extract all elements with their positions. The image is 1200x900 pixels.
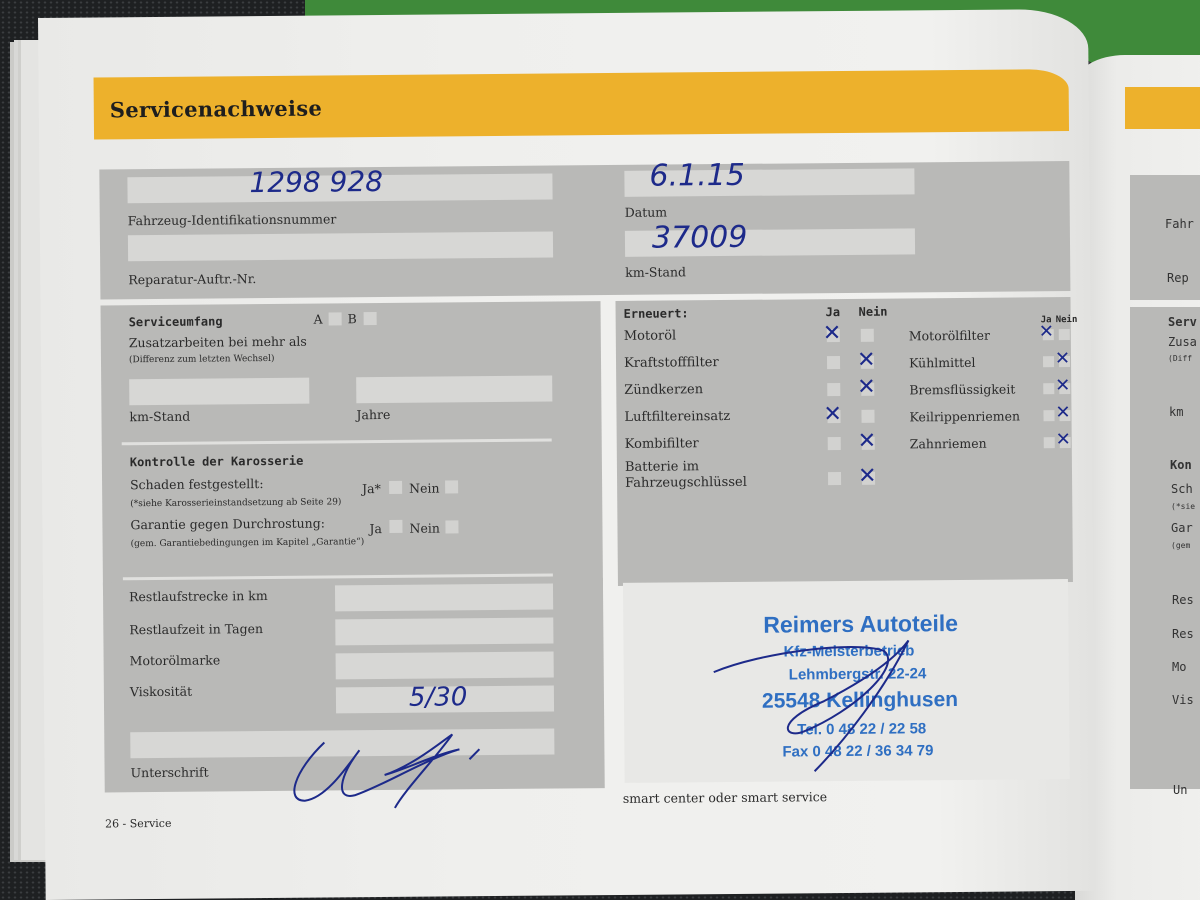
- renewed-item-label: Batterie im Fahrzeugschlüssel: [625, 458, 785, 491]
- check-mark-icon: ✕: [858, 431, 877, 453]
- date-label: Datum: [625, 205, 668, 220]
- service-scope-heading: Serviceumfang: [129, 314, 223, 329]
- rust-yes-checkbox[interactable]: [389, 520, 402, 533]
- option-b-checkbox[interactable]: [364, 312, 377, 325]
- right-page-label: Res: [1172, 627, 1194, 641]
- signature-scribble: [284, 729, 495, 811]
- service-record-page: Servicenachweise 1298 928 Fahrzeug-Ident…: [38, 9, 1096, 900]
- stamp-signature: [703, 620, 924, 782]
- check-mark-icon: ✕: [858, 466, 877, 488]
- right-col-no-header: Nein: [1056, 315, 1078, 325]
- renewed-ja-checkbox[interactable]: [827, 356, 840, 369]
- date-value: 6.1.15: [649, 158, 745, 194]
- body-check-heading: Kontrolle der Karosserie: [130, 454, 304, 470]
- rust-no-checkbox[interactable]: [445, 520, 458, 533]
- viscosity-value: 5/30: [409, 682, 468, 713]
- renewed-item-label: Motoröl: [624, 328, 677, 343]
- damage-yes-label: Ja*: [362, 481, 381, 496]
- stamp-caption: smart center oder smart service: [623, 789, 827, 806]
- renewed-item-label: Bremsflüssigkeit: [909, 381, 1015, 397]
- renewed-item-label: Motorölfilter: [909, 328, 990, 344]
- right-page-label: Res: [1172, 593, 1194, 607]
- check-mark-icon: ✕: [1055, 350, 1070, 368]
- renewed-ja-checkbox[interactable]: [1043, 383, 1054, 394]
- viscosity-label: Viskosität: [130, 684, 192, 700]
- damage-no-label: Nein: [409, 481, 440, 496]
- remaining-km-label: Restlaufstrecke in km: [129, 588, 268, 604]
- right-page-label: (*sie: [1171, 502, 1195, 511]
- renewed-item-label: Kombifilter: [625, 436, 699, 452]
- rust-warranty-note: (gem. Garantiebedingungen im Kapitel „Ga…: [131, 537, 365, 549]
- repair-order-field[interactable]: [128, 232, 553, 262]
- right-page-label: Rep: [1167, 271, 1189, 285]
- right-page-label: Zusa: [1168, 335, 1197, 349]
- right-page-label: Fahr: [1165, 217, 1194, 231]
- rust-no-label: Nein: [409, 521, 440, 536]
- check-mark-icon: ✕: [857, 377, 876, 399]
- option-a-checkbox[interactable]: [329, 312, 342, 325]
- oil-brand-label: Motorölmarke: [130, 652, 221, 668]
- right-page-label: Sch: [1171, 482, 1193, 496]
- rust-warranty-label: Garantie gegen Durchrostung:: [130, 516, 325, 533]
- km-value: 37009: [652, 220, 748, 256]
- scope-years-label: Jahre: [356, 407, 390, 422]
- damage-label: Schaden festgestellt:: [130, 476, 264, 492]
- col-yes-header: Ja: [826, 305, 841, 319]
- renewed-item-label: Kraftstofffilter: [624, 355, 719, 371]
- scope-km-field[interactable]: [129, 378, 309, 406]
- page-number: 26 - Service: [105, 817, 172, 831]
- right-page-label: Un: [1173, 783, 1187, 797]
- right-page-header-bar: [1125, 87, 1200, 129]
- right-page-label: km: [1169, 405, 1183, 419]
- rust-yes-label: Ja: [369, 521, 382, 536]
- right-page-label: Serv: [1168, 315, 1197, 329]
- header-bar: Servicenachweise: [94, 69, 1070, 140]
- oil-brand-field[interactable]: [336, 652, 554, 680]
- option-b-label: B: [348, 311, 357, 326]
- right-page-label: Gar: [1171, 521, 1193, 535]
- check-mark-icon: ✕: [1055, 404, 1070, 422]
- right-page-label: (Diff: [1168, 354, 1192, 363]
- remaining-km-field[interactable]: [335, 584, 553, 612]
- right-page-label: Kon: [1170, 458, 1192, 472]
- col-no-header: Nein: [859, 305, 888, 319]
- remaining-days-label: Restlaufzeit in Tagen: [129, 621, 263, 637]
- scope-years-field[interactable]: [356, 376, 552, 404]
- renewed-item-label: Luftfiltereinsatz: [624, 409, 730, 425]
- renewed-ja-checkbox[interactable]: [1043, 410, 1054, 421]
- renewed-ja-checkbox[interactable]: [828, 437, 841, 450]
- renewed-nein-checkbox[interactable]: [861, 410, 874, 423]
- extra-work-note: (Differenz zum letzten Wechsel): [129, 354, 275, 365]
- renewed-ja-checkbox[interactable]: [828, 472, 841, 485]
- check-mark-icon: ✕: [1056, 431, 1071, 449]
- right-page-label: Vis: [1172, 693, 1194, 707]
- signature-label: Unterschrift: [131, 765, 209, 781]
- renewed-item-label: Kühlmittel: [909, 355, 976, 371]
- damage-no-checkbox[interactable]: [445, 480, 458, 493]
- check-mark-icon: ✕: [857, 350, 876, 372]
- right-page-label: Mo: [1172, 660, 1186, 674]
- check-mark-icon: ✕: [823, 404, 842, 426]
- dealer-stamp-box: Reimers Autoteile Kfz-Meisterbetrieb Leh…: [623, 579, 1070, 783]
- renewed-item-label: Zahnriemen: [910, 436, 987, 452]
- right-page-label: (gem: [1171, 541, 1190, 550]
- check-mark-icon: ✕: [823, 323, 842, 345]
- renewed-heading: Erneuert:: [624, 306, 689, 321]
- renewed-nein-checkbox[interactable]: [861, 329, 874, 342]
- renewed-ja-checkbox[interactable]: [1043, 356, 1054, 367]
- remaining-days-field[interactable]: [335, 618, 553, 646]
- renewed-ja-checkbox[interactable]: [827, 383, 840, 396]
- page-title: Servicenachweise: [110, 96, 322, 123]
- extra-work-label: Zusatzarbeiten bei mehr als: [129, 334, 307, 351]
- repair-order-label: Reparatur-Auftr.-Nr.: [128, 271, 256, 287]
- check-mark-icon: ✕: [1055, 377, 1070, 395]
- damage-yes-checkbox[interactable]: [389, 481, 402, 494]
- scope-km-label: km-Stand: [129, 409, 190, 425]
- renewed-item-label: Zündkerzen: [624, 382, 703, 398]
- renewed-nein-checkbox[interactable]: [1059, 329, 1070, 340]
- vin-value: 1298 928: [249, 165, 383, 199]
- right-page-gray-block-1: [1130, 175, 1200, 300]
- renewed-item-label: Keilrippenriemen: [909, 408, 1020, 424]
- option-a-label: A: [314, 312, 323, 327]
- renewed-ja-checkbox[interactable]: [1044, 437, 1055, 448]
- km-label: km-Stand: [625, 264, 686, 280]
- vin-label: Fahrzeug-Identifikationsnummer: [128, 211, 337, 228]
- damage-note: (*siehe Karosserieinstandsetzung ab Seit…: [130, 497, 341, 509]
- check-mark-icon: ✕: [1039, 323, 1054, 341]
